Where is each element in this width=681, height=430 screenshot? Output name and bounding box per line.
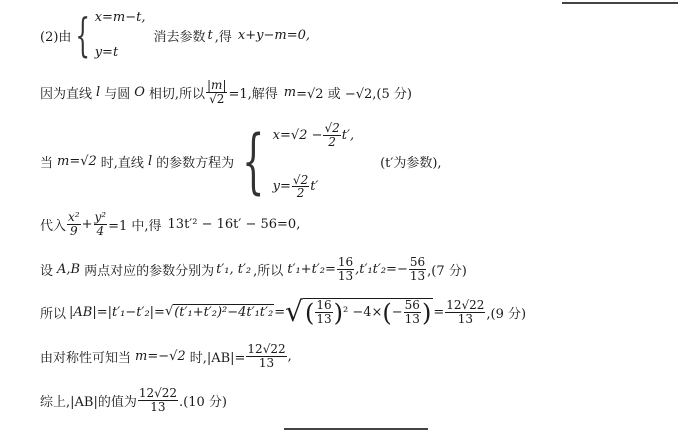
- line-1-prefix: (2)由: [40, 26, 71, 45]
- line-6: 所以 |AB|=|t′₁−t′₂|= √(t′₁+t′₂)²−4t′₁t′₂ =…: [40, 293, 526, 331]
- fraction: |m| √2: [206, 79, 227, 105]
- line-2: 因为直线 l 与圆 O 相切,所以 |m| √2 =1,解得 m =√2 或 −…: [40, 74, 412, 110]
- line-7: 由对称性可知当 m=−√2 时,|AB|= 12√2213 ,: [40, 338, 292, 374]
- top-rule: [562, 2, 678, 4]
- big-radical: √ ( 1613 ) ² −4× (− 5613 ): [285, 298, 433, 326]
- parametric-system: x=√2 − √22 t′, y= √22 t′: [273, 122, 354, 200]
- line-3: 当 m=√2 时,直线 l 的参数方程为 { x=√2 − √22 t′, y=…: [40, 120, 442, 202]
- line-5: 设 A,B 两点对应的参数分别为 t′₁, t′₂ ,所以 t′₁+t′₂= 1…: [40, 251, 467, 287]
- line-1: (2)由 { x=m−t, y=t 消去参数 t ,得 x+y−m=0,: [40, 6, 310, 64]
- brace-icon: {: [76, 12, 91, 58]
- brace-icon: {: [242, 126, 264, 196]
- line-4: 代入 x²9 + y²4 =1 中,得 13t′² − 16t′ − 56=0,: [40, 206, 300, 242]
- equation-system: x=m−t, y=t: [95, 10, 146, 60]
- line-8: 综上,|AB|的值为 12√2213 .(10 分): [40, 382, 227, 418]
